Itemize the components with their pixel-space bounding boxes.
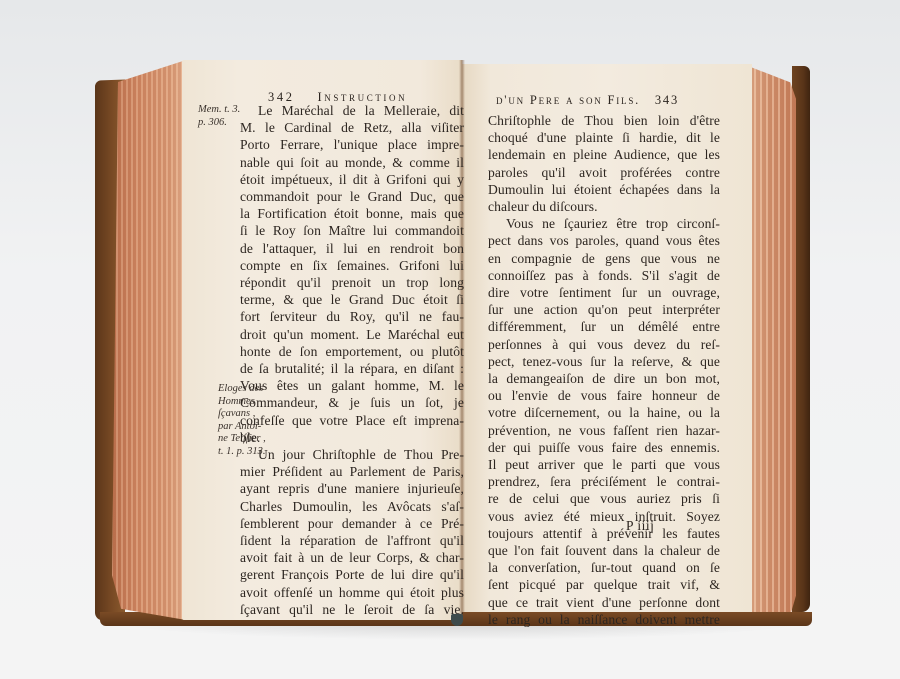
text-line: choqué d'une plainte ſi hardie, dit le <box>488 129 720 146</box>
text-line: lendemain en pleine Audience, que les <box>488 146 720 163</box>
text-line: de l'attaquer, il lui en rendroit bon <box>240 240 464 257</box>
text-line: Vous ne ſçauriez être trop circonſ- <box>488 215 720 232</box>
text-line: Chriſtophle de Thou bien loin d'être <box>488 112 720 129</box>
left-page-body: Le Maréchal de la Melleraie, dit M. le C… <box>240 102 464 618</box>
text-line: gerent François Porte de lui dire qu'il <box>240 566 464 583</box>
margin-note-line: p. 306. <box>198 117 240 130</box>
text-line: dire votre ſentiment ſur un ouvrage, <box>488 284 720 301</box>
text-line: pect, tenez-vous ſur la reſerve, & que <box>488 353 720 370</box>
text-line: confeſſe que votre Place eſt imprena- <box>240 412 464 429</box>
text-line: la converſation, ſur-tout quand on ſe <box>488 559 720 576</box>
text-line: prévention, ne vous faſſent rien hazar- <box>488 422 720 439</box>
text-line: avoit offenſé un homme qui étoit plus <box>240 584 464 601</box>
text-line: pect dans vos paroles, quand vous êtes <box>488 232 720 249</box>
text-line: votre diſcernement, ou la haine, ou la <box>488 404 720 421</box>
text-line: paroles qu'il avoit proférées contre <box>488 164 720 181</box>
text-line: compte en ſix ſemaines. Grifoni lui <box>240 257 464 274</box>
right-head-title: d'un Pere a son Fils. <box>496 93 640 107</box>
margin-note-memoires: Mem. t. 3. p. 306. <box>198 104 240 129</box>
text-line: ſent picqué par quelque trait vif, & <box>488 576 720 593</box>
text-line: prendrez, ſera préciſément le contrai- <box>488 473 720 490</box>
text-line: toujours attentif à prévenir les fautes <box>488 525 720 542</box>
text-line: ſident la réparation de l'affront qu'il <box>240 532 464 549</box>
text-line: ſi le Roy ſon Maître lui commandoit <box>240 222 464 239</box>
text-line: Charles Dumoulin, les Avôcats s'aſ- <box>240 498 464 515</box>
text-line: mier Préſident au Parlement de Paris, <box>240 463 464 480</box>
signature-mark: P iiij <box>626 518 654 534</box>
text-line: répondit qu'il prenoit un trop long <box>240 274 464 291</box>
text-line: ſur une action qu'on peut interpréter <box>488 301 720 318</box>
text-line: que ce trait vient d'une perſonne dont <box>488 594 720 611</box>
text-line: commandoit pour le Grand Duc, que <box>240 188 464 205</box>
margin-note-line: Mem. t. 3. <box>198 104 240 117</box>
text-line: nable qui ſoit au monde, & comme il <box>240 154 464 171</box>
text-line: Commandeur, & je ſuis un ſot, je <box>240 394 464 411</box>
text-line: vous aviez été mieux inſtruit. Soyez <box>488 508 720 525</box>
text-line: Dumoulin lui étoient échapées dans la <box>488 181 720 198</box>
text-line: de ſa brutalité; il la répara, en diſant… <box>240 360 464 377</box>
text-line: re de celui que vous auriez pris ſi <box>488 490 720 507</box>
text-line: le rang ou la naiſſance doivent mettre <box>488 611 720 628</box>
text-line: der qui puiſſe vous faire des ennemis. <box>488 439 720 456</box>
text-line: fort ſerviteur du Roy, qu'il ne fau- <box>240 308 464 325</box>
right-page-number: 343 <box>655 93 679 107</box>
text-line: ſçavant qu'il ne le ſeroit de ſa vie. <box>240 601 464 618</box>
text-line: différemment, ſur un démêlé entre <box>488 318 720 335</box>
text-line: Un jour Chriſtophle de Thou Pre- <box>240 446 464 463</box>
text-line: ble. <box>240 429 464 446</box>
text-line: en compagnie de gens que vous ne <box>488 250 720 267</box>
right-running-head: d'un Pere a son Fils. 343 <box>496 93 679 108</box>
text-line: Il peut arriver que le parti que vous <box>488 456 720 473</box>
text-line: avoit fait à un de leur Corps, & char- <box>240 549 464 566</box>
page-block-edge-right <box>748 66 796 612</box>
text-line: Porto Ferrare, l'unique place impre- <box>240 136 464 153</box>
text-line: droit qu'un moment. Le Maréchal eut <box>240 326 464 343</box>
text-line: que l'on fait ſouvent dans la chaleur de <box>488 542 720 559</box>
text-line: ou l'envie de vous faire honneur de <box>488 387 720 404</box>
right-page-body: Chriſtophle de Thou bien loin d'être cho… <box>488 112 720 628</box>
text-line: perſonnes à qui vous devez du reſ- <box>488 336 720 353</box>
text-line: étoit impétueux, il dit à Grifoni qui y <box>240 171 464 188</box>
text-line: chaleur du diſcours. <box>488 198 720 215</box>
text-line: honte de ſon emportement, ou plutôt <box>240 343 464 360</box>
text-line: Le Maréchal de la Melleraie, dit <box>240 102 464 119</box>
text-line: Vous êtes un galant homme, M. le <box>240 377 464 394</box>
text-line: la demangeaiſon de dire un bon mot, <box>488 370 720 387</box>
text-line: ſemblerent pour demander à ce Pré- <box>240 515 464 532</box>
text-line: la Fortification étoit bonne, mais que <box>240 205 464 222</box>
text-line: terme, & que le Grand Duc étoit ſi <box>240 291 464 308</box>
text-line: M. le Cardinal de Retz, alla viſiter <box>240 119 464 136</box>
text-line: connoiſſez pas à fonds. S'il s'agit de <box>488 267 720 284</box>
text-line: ayant repris d'une maniere injurieuſe, <box>240 480 464 497</box>
page-block-edge-left <box>106 60 186 620</box>
